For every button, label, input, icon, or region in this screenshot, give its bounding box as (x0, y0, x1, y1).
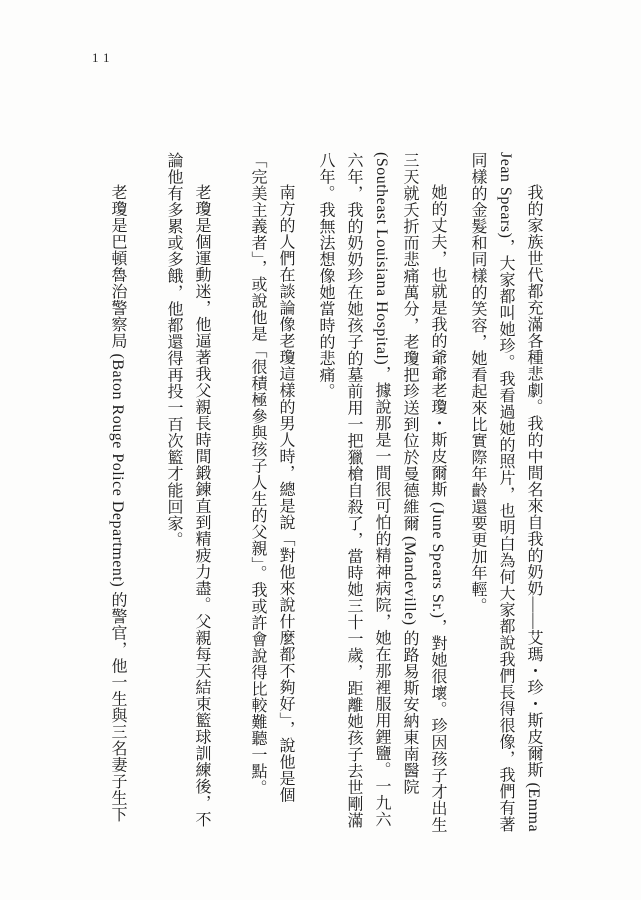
paragraph-5: 老瓊是巴頓魯治警察局 (Baton Rouge Police Departmen… (103, 152, 131, 834)
page-number: 11 (92, 50, 115, 66)
paragraph-3: 南方的人們在談論像老瓊這樣的男人時，總是說「對他來說什麼都不夠好」，說他是個「完… (243, 152, 299, 834)
paragraph-2: 她的丈夫，也就是我的爺爺老瓊・斯皮爾斯 (June Spears Sr.)，對她… (311, 152, 451, 834)
paragraph-4: 老瓊是個運動迷，他逼著我父親長時間鍛鍊直到精疲力盡。父親每天結束籃球訓練後，不論… (159, 152, 215, 834)
paragraph-1: 我的家族世代都充滿各種悲劇。我的中間名來自我的奶奶——艾瑪・珍・斯皮爾斯 (Em… (463, 152, 547, 834)
vertical-text-block: 我的家族世代都充滿各種悲劇。我的中間名來自我的奶奶——艾瑪・珍・斯皮爾斯 (Em… (103, 152, 547, 834)
book-page: 11 我的家族世代都充滿各種悲劇。我的中間名來自我的奶奶——艾瑪・珍・斯皮爾斯 … (0, 0, 641, 900)
